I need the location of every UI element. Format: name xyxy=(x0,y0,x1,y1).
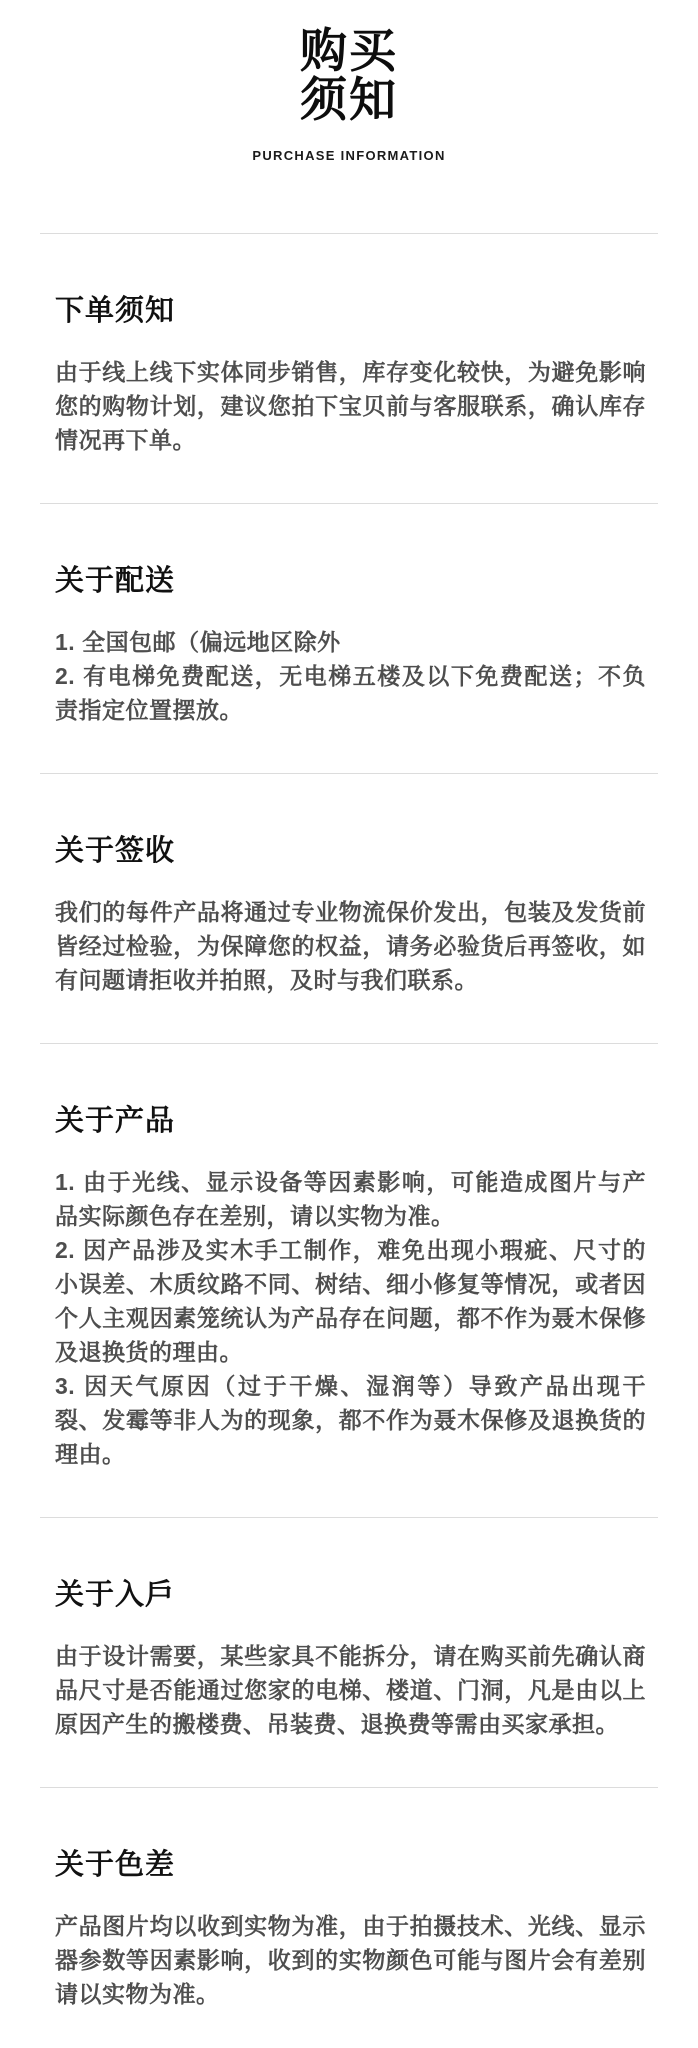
section-divider xyxy=(40,233,658,234)
section-body: 1. 由于光线、显示设备等因素影响，可能造成图片与产品实际颜色存在差别，请以实物… xyxy=(55,1165,646,1471)
section-order-notice: 下单须知 由于线上线下实体同步销售，库存变化较快，为避免影响您的购物计划，建议您… xyxy=(0,294,698,457)
section-body: 由于线上线下实体同步销售，库存变化较快，为避免影响您的购物计划，建议您拍下宝贝前… xyxy=(55,355,646,457)
section-paragraph: 3. 因天气原因（过于干燥、湿润等）导致产品出现干裂、发霉等非人为的现象，都不作… xyxy=(55,1369,646,1471)
page-subtitle: PURCHASE INFORMATION xyxy=(0,148,698,163)
section-heading: 关于签收 xyxy=(55,834,646,868)
section-paragraph: 2. 因产品涉及实木手工制作，难免出现小瑕疵、尺寸的小误差、木质纹路不同、树结、… xyxy=(55,1233,646,1369)
section-home-entry: 关于入戶 由于设计需要，某些家具不能拆分，请在购买前先确认商品尺寸是否能通过您家… xyxy=(0,1578,698,1741)
section-paragraph: 我们的每件产品将通过专业物流保价发出，包装及发货前皆经过检验，为保障您的权益，请… xyxy=(55,895,646,997)
section-body: 我们的每件产品将通过专业物流保价发出，包装及发货前皆经过检验，为保障您的权益，请… xyxy=(55,895,646,997)
section-paragraph: 由于线上线下实体同步销售，库存变化较快，为避免影响您的购物计划，建议您拍下宝贝前… xyxy=(55,355,646,457)
section-divider xyxy=(40,503,658,504)
page-title-line-2: 须知 xyxy=(0,75,698,124)
section-body: 产品图片均以收到实物为准，由于拍摄技术、光线、显示器参数等因素影响，收到的实物颜… xyxy=(55,1909,646,2011)
section-paragraph: 产品图片均以收到实物为准，由于拍摄技术、光线、显示器参数等因素影响，收到的实物颜… xyxy=(55,1909,646,2011)
section-paragraph: 1. 全国包邮（偏远地区除外 xyxy=(55,625,646,659)
section-paragraph: 2. 有电梯免费配送，无电梯五楼及以下免费配送；不负责指定位置摆放。 xyxy=(55,659,646,727)
section-divider xyxy=(40,1787,658,1788)
purchase-information-page: 购买 须知 PURCHASE INFORMATION 下单须知 由于线上线下实体… xyxy=(0,0,698,2048)
section-divider xyxy=(40,1043,658,1044)
section-heading: 下单须知 xyxy=(55,294,646,328)
section-heading: 关于产品 xyxy=(55,1104,646,1138)
section-receiving: 关于签收 我们的每件产品将通过专业物流保价发出，包装及发货前皆经过检验，为保障您… xyxy=(0,834,698,997)
page-header: 购买 须知 PURCHASE INFORMATION xyxy=(0,0,698,163)
section-color-difference: 关于色差 产品图片均以收到实物为准，由于拍摄技术、光线、显示器参数等因素影响，收… xyxy=(0,1848,698,2011)
section-divider xyxy=(40,773,658,774)
section-paragraph: 由于设计需要，某些家具不能拆分，请在购买前先确认商品尺寸是否能通过您家的电梯、楼… xyxy=(55,1639,646,1741)
section-heading: 关于入戶 xyxy=(55,1578,646,1612)
section-heading: 关于色差 xyxy=(55,1848,646,1882)
section-body: 1. 全国包邮（偏远地区除外 2. 有电梯免费配送，无电梯五楼及以下免费配送；不… xyxy=(55,625,646,727)
page-title-line-1: 购买 xyxy=(0,26,698,75)
section-divider xyxy=(40,1517,658,1518)
section-delivery: 关于配送 1. 全国包邮（偏远地区除外 2. 有电梯免费配送，无电梯五楼及以下免… xyxy=(0,564,698,727)
section-body: 由于设计需要，某些家具不能拆分，请在购买前先确认商品尺寸是否能通过您家的电梯、楼… xyxy=(55,1639,646,1741)
section-product: 关于产品 1. 由于光线、显示设备等因素影响，可能造成图片与产品实际颜色存在差别… xyxy=(0,1104,698,1471)
section-heading: 关于配送 xyxy=(55,564,646,598)
section-paragraph: 1. 由于光线、显示设备等因素影响，可能造成图片与产品实际颜色存在差别，请以实物… xyxy=(55,1165,646,1233)
